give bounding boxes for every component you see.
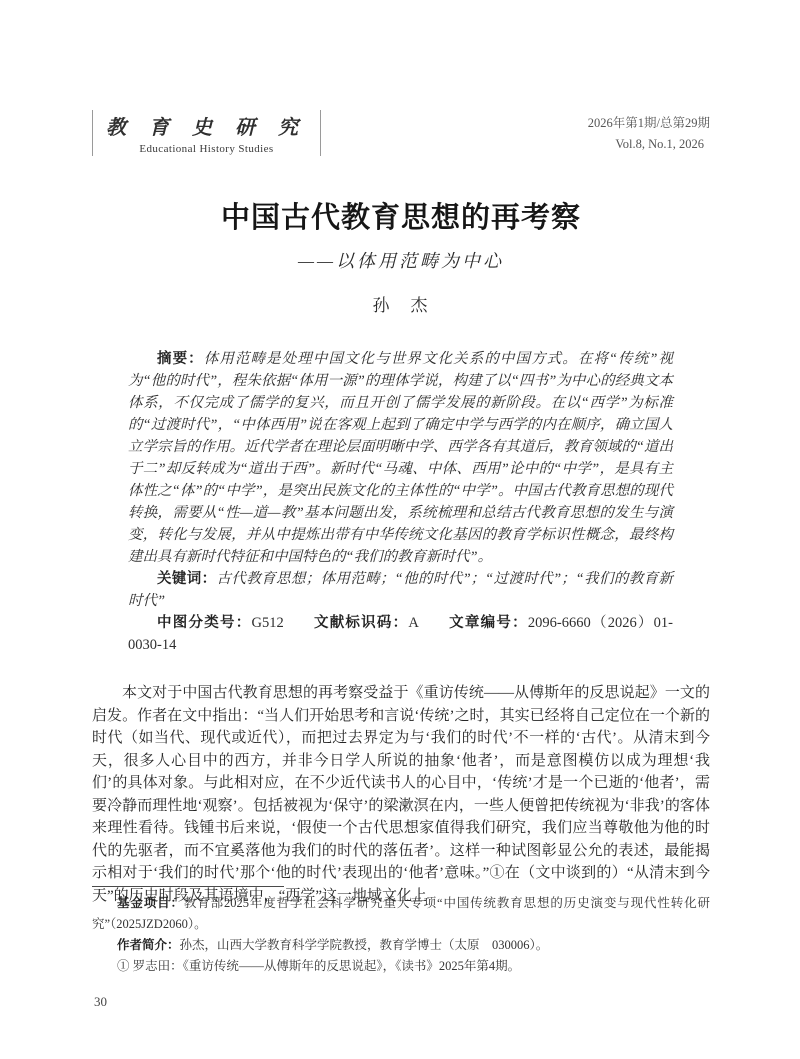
- abstract-text: 体用范畴是处理中国文化与世界文化关系的中国方式。在将“传统”视为“他的时代”，程…: [128, 351, 673, 565]
- fund-text: 教育部2025年度哲学社会科学研究重大专项“中国传统教育思想的历史演变与现代性转…: [92, 896, 710, 931]
- meta-line: 中图分类号：G512文献标识码：A文章编号：2096-6660（2026）01-…: [128, 612, 673, 656]
- doc-code-value: A: [408, 615, 418, 631]
- abstract-label: 摘要：: [157, 351, 204, 367]
- journal-logo: 教 育 史 研 究 Educational History Studies: [92, 110, 321, 156]
- footnote-author-bio: 作者简介：孙杰，山西大学教育科学学院教授，教育学博士（太原 030006）。: [92, 935, 710, 956]
- body-paragraph: 本文对于中国古代教育思想的再考察受益于《重访传统——从傅斯年的反思说起》一文的启…: [92, 682, 710, 907]
- title-block: 中国古代教育思想的再考察 ——以体用范畴为中心 孙 杰: [92, 200, 710, 318]
- author-name: 孙 杰: [92, 294, 710, 318]
- article-title: 中国古代教育思想的再考察: [92, 200, 710, 236]
- abstract-paragraph: 摘要：体用范畴是处理中国文化与世界文化关系的中国方式。在将“传统”视为“他的时代…: [128, 348, 673, 568]
- issue-info: 2026年第1期/总第29期 Vol.8, No.1, 2026: [588, 113, 710, 155]
- article-subtitle: ——以体用范畴为中心: [92, 248, 710, 274]
- footnote-area: 基金项目：教育部2025年度哲学社会科学研究重大专项“中国传统教育思想的历史演变…: [92, 886, 710, 977]
- logo-right-rule: [320, 110, 321, 156]
- doc-code-label: 文献标识码：: [313, 615, 409, 631]
- journal-name-english: Educational History Studies: [106, 143, 307, 155]
- journal-page: 教 育 史 研 究 Educational History Studies 20…: [0, 0, 800, 1059]
- journal-name-chinese: 教 育 史 研 究: [106, 111, 307, 140]
- footnote-divider: [92, 886, 284, 887]
- footnote-fund: 基金项目：教育部2025年度哲学社会科学研究重大专项“中国传统教育思想的历史演变…: [92, 893, 710, 935]
- fund-label: 基金项目：: [117, 896, 184, 910]
- keywords-label: 关键词：: [157, 571, 217, 587]
- footnote-citation-1: ① 罗志田：《重访传统——从傅斯年的反思说起》，《读书》2025年第4期。: [92, 956, 710, 977]
- article-id-label: 文章编号：: [448, 615, 528, 631]
- clc-label: 中图分类号：: [157, 615, 251, 631]
- page-number: 30: [94, 994, 107, 1010]
- issue-line-english: Vol.8, No.1, 2026: [588, 134, 710, 155]
- keywords-paragraph: 关键词：古代教育思想；体用范畴；“他的时代”；“过渡时代”；“我们的教育新时代”: [128, 568, 673, 612]
- issue-line-chinese: 2026年第1期/总第29期: [588, 113, 710, 134]
- page-header: 教 育 史 研 究 Educational History Studies 20…: [92, 110, 710, 156]
- bio-text: 孙杰，山西大学教育科学学院教授，教育学博士（太原 030006）。: [180, 938, 549, 952]
- clc-value: G512: [251, 615, 283, 631]
- logo-text: 教 育 史 研 究 Educational History Studies: [93, 110, 320, 156]
- abstract-block: 摘要：体用范畴是处理中国文化与世界文化关系的中国方式。在将“传统”视为“他的时代…: [128, 348, 673, 656]
- bio-label: 作者简介：: [117, 938, 180, 952]
